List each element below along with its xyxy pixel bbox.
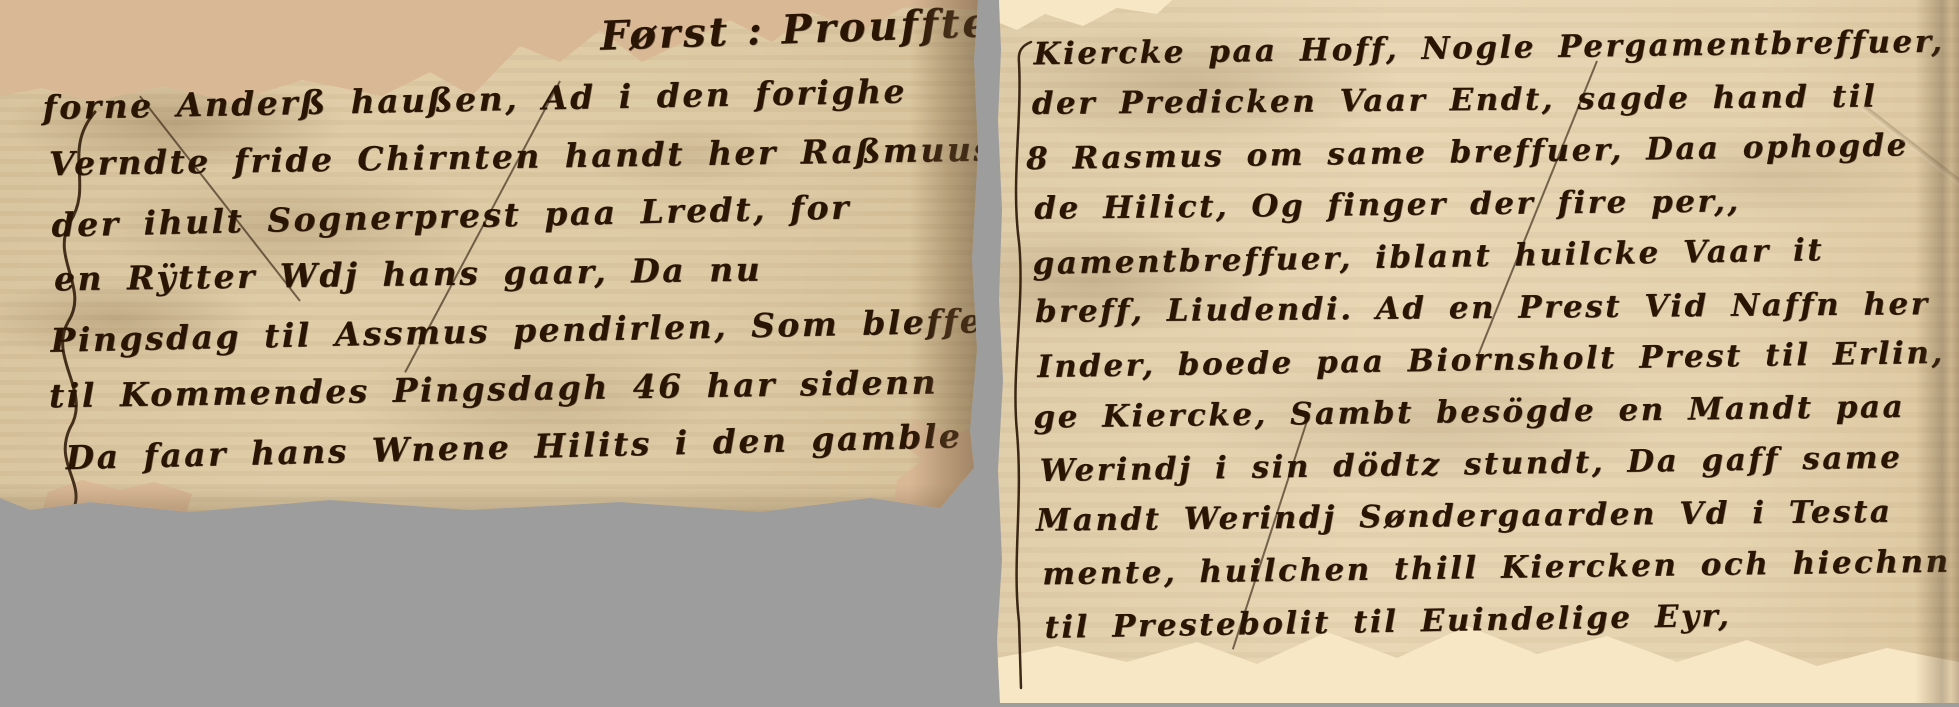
manuscript-photo-canvas: { "colors": { "bg-gray": "#9d9d9d", "ink…	[0, 0, 1959, 707]
right-page-text-block: Kiercke paa Hoff, Nogle Pergamentbreffue…	[1031, 22, 1951, 651]
left-manuscript-page: Først : Prouffte forne Anderß haußen, Ad…	[0, 0, 978, 515]
left-page-text-block: forne Anderß haußen, Ad i den forighe Ve…	[38, 70, 978, 484]
right-manuscript-page: Kiercke paa Hoff, Nogle Pergamentbreffue…	[997, 0, 1959, 703]
